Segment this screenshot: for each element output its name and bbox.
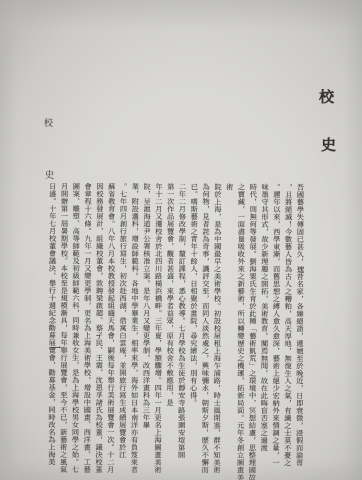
text-column: 院，呈滬海道尹公署核准立案。是年八月又變更學制，改西洋畫科為三年畢 <box>139 183 152 480</box>
text-column: ，且將絕滅！今數藝人皆為古人之糟粕，高天厚地，無復生人之氣，有識之士莫不憂之 <box>281 183 294 480</box>
text-column: 二年二月修改學制，釐訂課程，悉心教導。七月學校為生徒於靜安寺路張園安塏第開 <box>175 183 188 480</box>
text-column: 已。嗜斯藝術之青年十餘人，日相聚於畫院，尋究繪法，別有心得。 <box>187 183 200 480</box>
body-text-block: 吾國藝學失傳固已甚久，𨓏昔名家，各臻絕詣，遞嬗至於晚近，日即衰微，浸假而淪胥 ，… <box>57 183 305 480</box>
text-column: 因校務發展計，組織校董會，敦聘梁啟超、蔡孑民、王震、沈恩孚諸氏為校董，議決校董 <box>92 183 105 480</box>
text-column: 為何物，見者詫為奇事，譏評交至，而同人淡然處之，興味彌永，朝斯夕斯，歷久不懈而 <box>198 183 211 480</box>
scanned-page: 校 史 吾國藝學失傳固已甚久，𨓏昔名家，各臻絕詣，遞嬗至於晚近，日即衰微，浸假而… <box>0 0 362 480</box>
text-column: 日盛。十年七月校董會議決，舉行十週紀念勸募展覽會，勸募基金，同時改名為上海美 <box>45 183 58 480</box>
chapter-title-char-shi: 史 <box>321 134 336 155</box>
text-column: 第一次作品展覽會，觀者甚盛，來學者益眾，原有校舍不敷應用，是 <box>163 183 176 480</box>
text-column: 院於上海，是為中國最早之美術學校。初設校屋租上海乍浦路，時士風閉塞，群不知美術 <box>210 183 223 480</box>
text-column: 時代，則無何等發展。劉海粟氏生育於此種「藝術飢荒」之環境中，冥想結慮，思整理國故 <box>245 183 258 480</box>
text-column: 吾國藝學失傳固已甚久，𨓏昔名家，各臻絕詣，遞嬗至於晚近，日即衰微，浸假而淪胥 <box>293 183 306 480</box>
text-column: 圖案、雕塑、高等師範及初級師範六科，同時兼收女生，是為上海學校男女同學之始。七 <box>69 183 82 480</box>
text-column: 年十二月又遷校舍於北四川路橫浜橋畔。三年夏，學額驟增。四年一月更名上海圖畫美術 <box>151 183 164 480</box>
folio-page-number: 一 <box>51 340 61 355</box>
chapter-title-char-xiao: 校 <box>319 86 334 107</box>
text-column: 業，附設選科，增設師範科。各地中學畢業生，相率來學，海外如日本南洋亦有負笈來者 <box>128 183 141 480</box>
text-column: 月開辦第一屆暑期學校。本校至是規模漸具，每年舉行展覽會，至今不已，新藝術之風氣 <box>57 183 70 480</box>
text-column: 。七年四月創行旅行寫生，初次赴西湖，借寓白雲庵，並開旅行寫生成績展覽會於江 <box>116 183 129 480</box>
text-column: 味墨守其形式，故少新理趣之開拓，美術教育，闃焉無聞，故在此晦盲否塞之過渡 <box>257 183 270 480</box>
text-column: 蘇省教育會。八年八月本校教授發起組織天馬會，嗣後每年舉行美術展覽會一次。十二月 <box>104 183 117 480</box>
text-column: 會章程十六條。九年一月又變更學制，更名為上海美術學校，增設中國畫、西洋畫、工藝 <box>80 183 93 480</box>
margin-running-title-char-xiao: 校 <box>44 116 53 129</box>
margin-running-title-char-shi: 史 <box>45 168 54 181</box>
text-column: 之寶藏，一面盡量吸收外來之新藝術，所以轉變歷史之機運，拓新局面。元年冬創立圖畫美… <box>222 183 247 480</box>
text-column: 。邇年以來，西學東漸，而舊思想之縛人愈久愈深，藝術上絕少宏納外來情調之量，一 <box>269 183 282 480</box>
